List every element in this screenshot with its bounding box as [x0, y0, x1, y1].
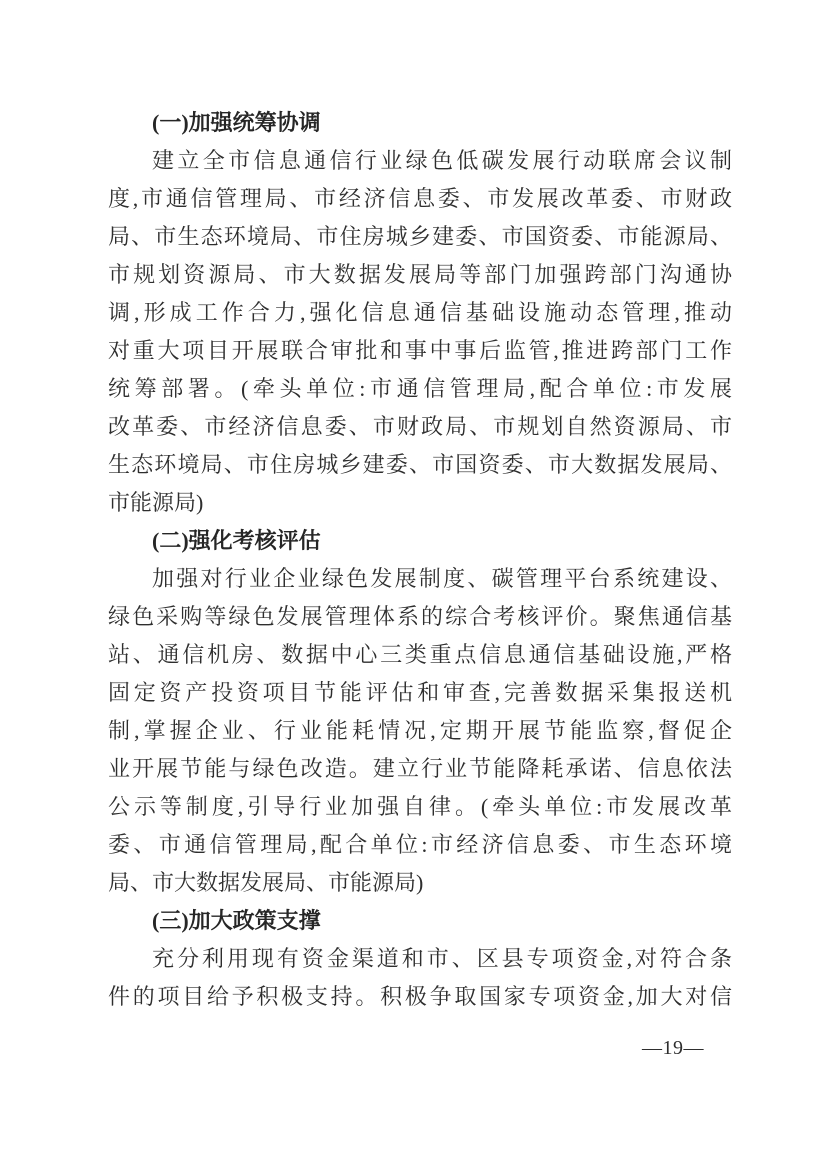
text-line: 业开展节能与绿色改造。建立行业节能降耗承诺、信息依法 [108, 750, 732, 788]
text-line: 度,市通信管理局、市经济信息委、市发展改革委、市财政 [108, 180, 732, 218]
text-line: 改革委、市经济信息委、市财政局、市规划自然资源局、市 [108, 408, 732, 446]
document-page: (一)加强统筹协调建立全市信息通信行业绿色低碳发展行动联席会议制度,市通信管理局… [0, 0, 826, 1169]
text-line: 局、市生态环境局、市住房城乡建委、市国资委、市能源局、 [108, 218, 732, 256]
text-line: 市规划资源局、市大数据发展局等部门加强跨部门沟通协 [108, 256, 732, 294]
text-line: 站、通信机房、数据中心三类重点信息通信基础设施,严格 [108, 636, 732, 674]
text-line: 生态环境局、市住房城乡建委、市国资委、市大数据发展局、 [108, 446, 732, 484]
section-heading: (三)加大政策支撑 [108, 902, 732, 940]
text-line: 公示等制度,引导行业加强自律。(牵头单位:市发展改革 [108, 788, 732, 826]
section-heading: (一)加强统筹协调 [108, 104, 732, 142]
text-line: 加强对行业企业绿色发展制度、碳管理平台系统建设、 [108, 560, 732, 598]
section-heading: (二)强化考核评估 [108, 522, 732, 560]
text-line: 充分利用现有资金渠道和市、区县专项资金,对符合条 [108, 940, 732, 978]
text-line: 绿色采购等绿色发展管理体系的综合考核评价。聚焦通信基 [108, 598, 732, 636]
text-line: 市能源局) [108, 484, 732, 522]
text-line: 对重大项目开展联合审批和事中事后监管,推进跨部门工作 [108, 332, 732, 370]
page-number: —19— [108, 1036, 732, 1060]
document-body: (一)加强统筹协调建立全市信息通信行业绿色低碳发展行动联席会议制度,市通信管理局… [108, 104, 732, 1060]
text-line: 委、市通信管理局,配合单位:市经济信息委、市生态环境 [108, 826, 732, 864]
text-line: 固定资产投资项目节能评估和审查,完善数据采集报送机 [108, 674, 732, 712]
text-line: 件的项目给予积极支持。积极争取国家专项资金,加大对信 [108, 978, 732, 1016]
text-line: 统筹部署。(牵头单位:市通信管理局,配合单位:市发展 [108, 370, 732, 408]
text-line: 制,掌握企业、行业能耗情况,定期开展节能监察,督促企 [108, 712, 732, 750]
text-line: 调,形成工作合力,强化信息通信基础设施动态管理,推动 [108, 294, 732, 332]
text-line: 局、市大数据发展局、市能源局) [108, 864, 732, 902]
text-line: 建立全市信息通信行业绿色低碳发展行动联席会议制 [108, 142, 732, 180]
